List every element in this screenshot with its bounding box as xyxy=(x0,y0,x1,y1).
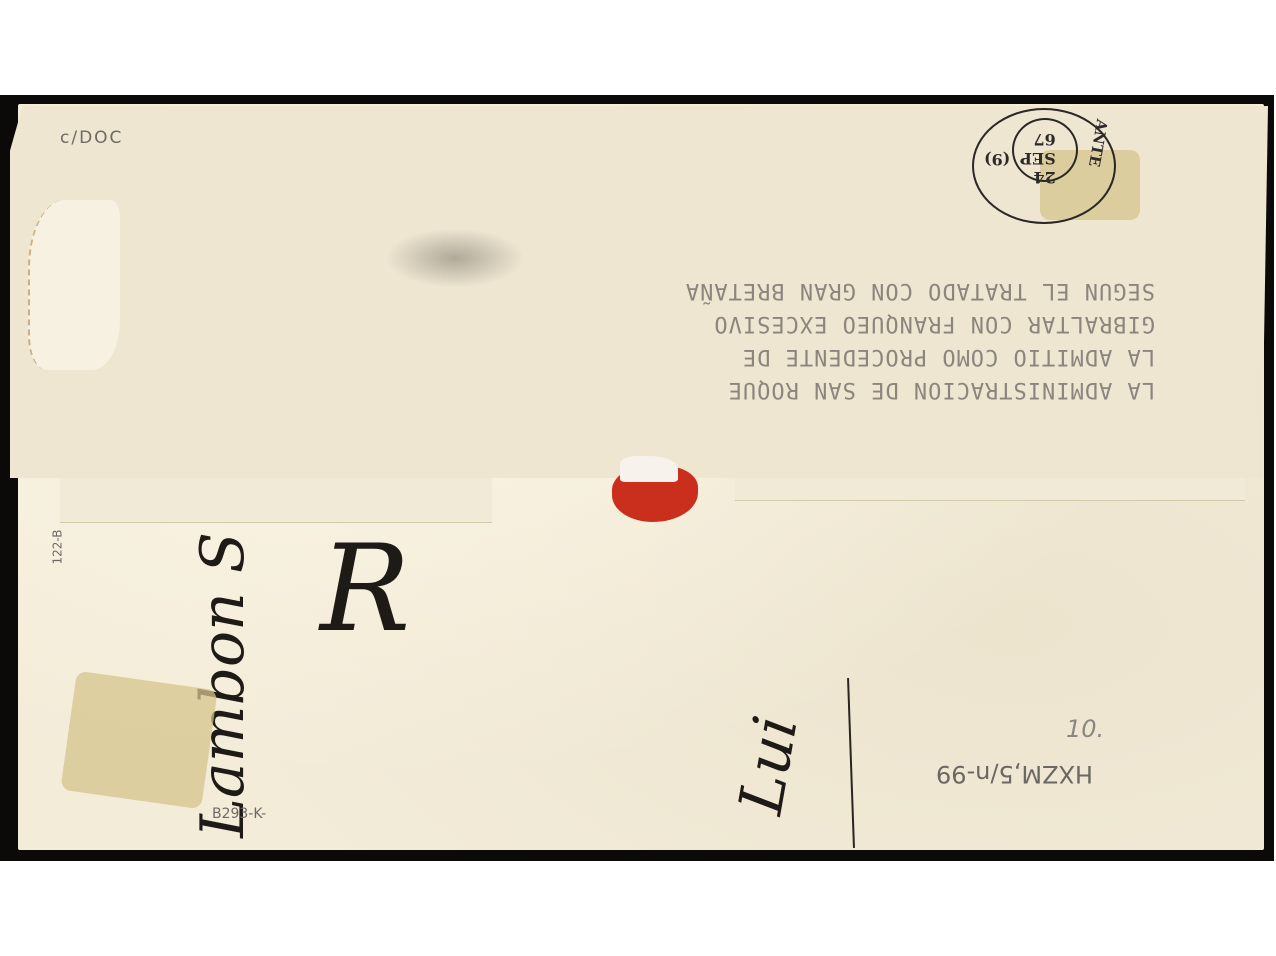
postmark-town: ANTE xyxy=(1085,118,1111,168)
ink-smudge xyxy=(385,228,525,288)
torn-flap-edge xyxy=(28,200,120,370)
postmark-cancel: 24 SEP 67 ANTE (9) xyxy=(972,108,1116,224)
fold-strip-right xyxy=(735,478,1245,501)
fold-strip-left xyxy=(60,478,492,523)
handstamp-line: LA ADMITIO COMO PROCEDENTE DE xyxy=(565,340,1155,373)
pencil-note-code: HXZM,5/n-99 xyxy=(936,760,1093,788)
pencil-note-value: 10. xyxy=(1066,715,1104,743)
pencil-note-margin: 122-B xyxy=(51,529,65,564)
stamp-hinge-remnant xyxy=(60,671,217,810)
postmark-date: 24 SEP 67 xyxy=(1020,130,1056,187)
postmark-number: (9) xyxy=(984,150,1010,169)
seal-paper-remnant xyxy=(620,456,678,482)
pencil-note-cdoc: c/DOC xyxy=(60,128,123,148)
handstamp-line: SEGUN EL TRATADO CON GRAN BRETAÑA xyxy=(565,274,1155,307)
san-roque-handstamp: LA ADMINISTRACION DE SAN ROQUE LA ADMITI… xyxy=(565,274,1155,406)
handstamp-line: GIBRALTAR CON FRANQUEO EXCESIVO xyxy=(565,307,1155,340)
pencil-note-bottom: B293-K- xyxy=(212,806,266,822)
manuscript-initial: R xyxy=(320,520,410,659)
handstamp-line: LA ADMINISTRACION DE SAN ROQUE xyxy=(565,373,1155,406)
